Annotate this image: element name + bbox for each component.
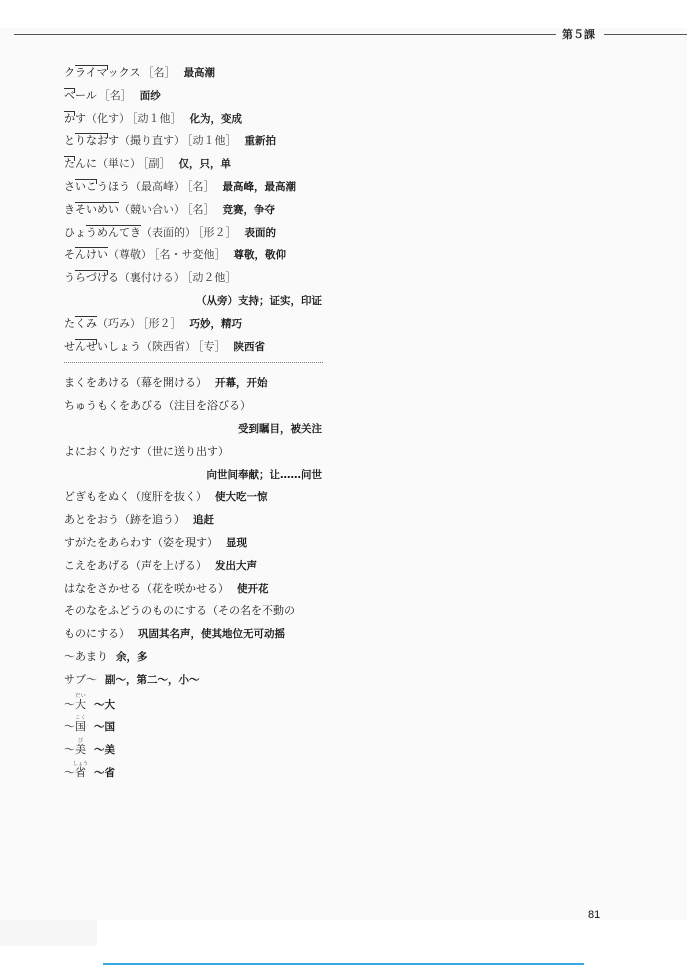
phrase-text: ～あまり <box>64 650 108 663</box>
phrase-entry: どぎもをぬく（度肝を抜く）使大吃一惊 <box>64 486 364 509</box>
accent-mark: そいめい <box>75 203 119 216</box>
part-of-speech: ［动１他］ <box>132 112 182 125</box>
accent-mark: らづけ <box>75 271 108 284</box>
affix-kanji: 国こく <box>75 720 86 733</box>
reading-pre: そ <box>64 248 75 261</box>
entry-meaning: 尊敬，敬仰 <box>234 249 287 261</box>
entry-kanji: （最高峰） <box>130 180 185 193</box>
accent-mark: か <box>64 112 75 125</box>
entry-meaning: 化为，变成 <box>190 113 243 125</box>
affix-furigana: こく <box>75 715 86 721</box>
entry-reading: たんに <box>64 157 97 170</box>
affix-kanji: 大だい <box>75 698 86 711</box>
phrase-text: どぎもをぬく（度肝を抜く） <box>64 490 207 503</box>
reading-post: いしょう <box>97 340 141 353</box>
phrase-entry: ものにする）巩固其名声，使其地位无可动摇 <box>64 623 364 646</box>
entry-kanji: （表面的） <box>141 226 196 239</box>
reading-pre: う <box>64 271 75 284</box>
phrase-text: よにおくりだす（世に送り出す） <box>64 445 229 458</box>
page-number: 81 <box>588 909 600 921</box>
entry-reading: とりなおす <box>64 134 119 147</box>
accent-mark: ライマ <box>75 66 108 79</box>
vocabulary-list: クライマックス［名］最高潮ベール［名］面纱かす（化す）［动１他］化为，变成とりな… <box>64 62 364 783</box>
phrase-entry: ちゅうもくをあびる（注目を浴びる） <box>64 395 364 418</box>
phrase-meaning: 开幕，开始 <box>215 377 268 389</box>
affix-furigana: だい <box>75 693 86 699</box>
entry-meaning: 最高峰，最高潮 <box>223 181 297 193</box>
affix-entry: ～省しょう～省 <box>64 760 364 783</box>
entry-reading: たくみ <box>64 317 97 330</box>
vocab-entry: そんけい（尊敬）［名・サ変他］尊敬，敬仰 <box>64 244 364 267</box>
entry-kanji: （化す） <box>86 112 130 125</box>
part-of-speech: ［动１他］ <box>187 134 237 147</box>
part-of-speech: ［名］ <box>143 66 176 79</box>
phrase-text: あとをおう（跡を追う） <box>64 513 185 526</box>
phrase-meaning: 巩固其名声，使其地位无可动摇 <box>138 628 285 640</box>
entry-reading: クライマックス <box>64 66 141 79</box>
affix-kanji-text: 大 <box>75 698 86 711</box>
entry-kanji: （競い合い） <box>119 203 185 216</box>
accent-mark: た <box>64 157 75 170</box>
entry-meaning: 重新拍 <box>245 135 277 147</box>
phrase-text: そのなをふどうのものにする（その名を不動の <box>64 604 295 617</box>
phrase-entry: まくをあける（幕を開ける）开幕，开始 <box>64 372 364 395</box>
phrase-entry: はなをさかせる（花を咲かせる）使开花 <box>64 578 364 601</box>
phrase-text: すがたをあらわす（姿を現す） <box>64 536 218 549</box>
entry-reading: さいこうほう <box>64 180 130 193</box>
phrase-meaning: 受到瞩目，被关注 <box>238 423 322 435</box>
affix-meaning: ～国 <box>94 721 115 733</box>
running-header: 第５課 <box>14 26 687 42</box>
part-of-speech: ［名］ <box>99 89 132 102</box>
reading-pre: ク <box>64 66 75 79</box>
phrase-meaning: 余，多 <box>116 651 148 663</box>
reading-pre: さ <box>64 180 75 193</box>
dotted-separator <box>64 358 364 372</box>
phrase-entry: ～あまり余，多 <box>64 646 364 669</box>
header-rule-left <box>14 34 556 35</box>
accent-mark: んけい <box>75 248 108 261</box>
phrase-meaning: 显现 <box>226 537 247 549</box>
phrase-text: はなをさかせる（花を咲かせる） <box>64 582 229 595</box>
reading-post: うほう <box>97 180 130 193</box>
phrase-continuation: 受到瞩目，被关注 <box>64 418 322 441</box>
vocab-entry: うらづける（裏付ける）［动２他］ <box>64 267 364 290</box>
phrase-meaning: 发出大声 <box>215 560 257 572</box>
affix-kanji-text: 省 <box>73 766 88 779</box>
phrase-entry: こえをあげる（声を上げる）发出大声 <box>64 555 364 578</box>
phrase-meaning: 副～，第二～，小～ <box>105 674 200 686</box>
affix-meaning: ～美 <box>94 744 115 756</box>
accent-mark: ベ <box>64 89 75 102</box>
entry-reading: かす <box>64 112 86 125</box>
phrase-entry: あとをおう（跡を追う）追赶 <box>64 509 364 532</box>
vocab-entry: とりなおす（撮り直す）［动１他］重新拍 <box>64 130 364 153</box>
affix-meaning: ～大 <box>94 699 115 711</box>
phrase-entry: そのなをふどうのものにする（その名を不動の <box>64 600 364 623</box>
entry-kanji: （陝西省） <box>141 340 196 353</box>
entry-reading: きそいめい <box>64 203 119 216</box>
entry-kanji: （単に） <box>97 157 141 170</box>
word-entries: クライマックス［名］最高潮ベール［名］面纱かす（化す）［动１他］化为，变成とりな… <box>64 62 364 358</box>
reading-pre: き <box>64 203 75 216</box>
entry-reading: そんけい <box>64 248 108 261</box>
entry-meaning: （从旁）支持；证实，印证 <box>196 295 322 307</box>
entry-meaning: 巧妙，精巧 <box>190 318 243 330</box>
entry-reading: ベール <box>64 89 97 102</box>
phrase-text: まくをあける（幕を開ける） <box>64 376 207 389</box>
affix-kanji: 省しょう <box>75 766 86 779</box>
entry-continuation: （从旁）支持；证实，印证 <box>64 290 322 313</box>
phrase-meaning: 使开花 <box>237 583 269 595</box>
phrase-entry: サブ～副～，第二～，小～ <box>64 669 364 692</box>
accent-mark: りなお <box>75 134 108 147</box>
vocab-entry: ベール［名］面纱 <box>64 85 364 108</box>
phrase-meaning: 追赶 <box>193 514 214 526</box>
entry-reading: せんせいしょう <box>64 340 141 353</box>
entry-meaning: 面纱 <box>140 90 161 102</box>
vocab-entry: かす（化す）［动１他］化为，变成 <box>64 108 364 131</box>
affix-tilde: ～ <box>64 698 75 711</box>
phrase-entry: よにおくりだす（世に送り出す） <box>64 441 364 464</box>
vocab-entry: さいこうほう（最高峰）［名］最高峰，最高潮 <box>64 176 364 199</box>
accent-mark: んせ <box>75 340 97 353</box>
entry-kanji: （巧み） <box>97 317 141 330</box>
part-of-speech: ［专］ <box>198 340 226 353</box>
entry-meaning: 陕西省 <box>234 341 266 353</box>
part-of-speech: ［名・サ変他］ <box>154 248 226 261</box>
affix-meaning: ～省 <box>94 767 115 779</box>
entry-meaning: 仅，只，单 <box>179 158 232 170</box>
phrase-text: ものにする） <box>64 627 130 640</box>
reading-post: す <box>108 134 119 147</box>
vocab-entry: ひょうめんてき（表面的）［形２］表面的 <box>64 222 364 245</box>
part-of-speech: ［名］ <box>187 180 215 193</box>
affix-entry: ～大だい～大 <box>64 692 364 715</box>
reading-post: ール <box>75 89 97 102</box>
part-of-speech: ［副］ <box>143 157 171 170</box>
accent-mark: うめんてき <box>86 226 141 239</box>
accent-mark: いこ <box>75 180 97 193</box>
affix-tilde: ～ <box>64 720 75 733</box>
reading-pre: せ <box>64 340 75 353</box>
entry-kanji: （撮り直す） <box>119 134 185 147</box>
vocab-entry: たんに（単に）［副］仅，只，单 <box>64 153 364 176</box>
affix-entry: ～美び～美 <box>64 737 364 760</box>
reading-pre: た <box>64 317 75 330</box>
reading-post: ックス <box>108 66 141 79</box>
entry-kanji: （尊敬） <box>108 248 152 261</box>
phrase-text: サブ～ <box>64 673 97 686</box>
chapter-label: 第５課 <box>562 26 595 42</box>
part-of-speech: ［动２他］ <box>187 271 237 284</box>
affix-tilde: ～ <box>64 743 75 756</box>
reading-pre: ひょ <box>64 226 86 239</box>
reading-post: んに <box>75 157 97 170</box>
part-of-speech: ［形２］ <box>143 317 182 330</box>
vocab-entry: たくみ（巧み）［形２］巧妙，精巧 <box>64 313 364 336</box>
affix-kanji-text: 美 <box>75 743 86 756</box>
entry-kanji: （裏付ける） <box>119 271 185 284</box>
entry-meaning: 最高潮 <box>184 67 216 79</box>
phrase-meaning: 向世间奉献；让……问世 <box>207 469 323 481</box>
reading-post: る <box>108 271 119 284</box>
reading-pre: と <box>64 134 75 147</box>
accent-mark: くみ <box>75 317 97 330</box>
affix-entries: ～大だい～大～国こく～国～美び～美～省しょう～省 <box>64 692 364 783</box>
vocab-entry: きそいめい（競い合い）［名］竞赛，争夺 <box>64 199 364 222</box>
entry-reading: ひょうめんてき <box>64 226 141 239</box>
entry-meaning: 表面的 <box>245 227 277 239</box>
phrase-entry: すがたをあらわす（姿を現す）显现 <box>64 532 364 555</box>
phrase-text: ちゅうもくをあびる（注目を浴びる） <box>64 399 251 412</box>
entry-meaning: 竞赛，争夺 <box>223 204 276 216</box>
part-of-speech: ［形２］ <box>198 226 237 239</box>
phrase-meaning: 使大吃一惊 <box>215 491 268 503</box>
phrase-continuation: 向世间奉献；让……问世 <box>64 464 322 487</box>
affix-kanji-text: 国 <box>75 720 86 733</box>
entry-reading: うらづける <box>64 271 119 284</box>
affix-kanji: 美び <box>75 743 86 756</box>
phrase-text: こえをあげる（声を上げる） <box>64 559 207 572</box>
phrase-entries: まくをあける（幕を開ける）开幕，开始ちゅうもくをあびる（注目を浴びる）受到瞩目，… <box>64 372 364 691</box>
vocab-entry: せんせいしょう（陝西省）［专］陕西省 <box>64 336 364 359</box>
scan-margin <box>0 920 97 946</box>
vocab-entry: クライマックス［名］最高潮 <box>64 62 364 85</box>
affix-furigana: び <box>75 738 86 744</box>
footer-rule <box>103 963 584 965</box>
reading-post: す <box>75 112 86 125</box>
affix-furigana: しょう <box>73 761 88 767</box>
part-of-speech: ［名］ <box>187 203 215 216</box>
header-rule-right <box>604 34 687 35</box>
affix-entry: ～国こく～国 <box>64 714 364 737</box>
